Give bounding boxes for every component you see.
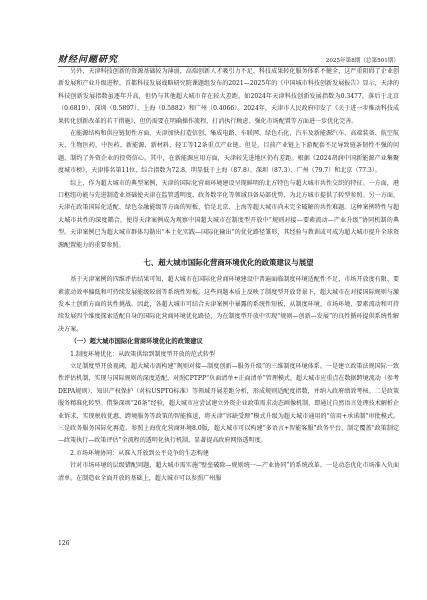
running-header: 财经问题研究 2025年第8期（总第501期） (58, 52, 399, 67)
paragraph: 基于天津案例的四维评估结果可知，超大城市在国际化营商环境建设中普遍面临制度环境适… (58, 274, 399, 336)
section-heading: 七、超大城市国际化营商环境优化的政策建议与展望 (58, 256, 399, 270)
paragraph: 另外，天津科技创新的资源基础较为薄弱，高端创新人才吸引力不足、科技成果转化服务体… (58, 66, 399, 128)
item-heading: 2.市场环境协同：从准入开放到公平竞争的生态构建 (58, 448, 399, 460)
item-heading: 1.制度环境优化：从政策供给到制度型开放的范式转型 (58, 349, 399, 361)
article-body: 另外，天津科技创新的资源基础较为薄弱，高端创新人才吸引力不足、科技成果转化服务体… (58, 66, 399, 485)
page-number: 126 (58, 540, 69, 547)
paragraph: 在能源结构和供应链韧性方面，天津加快打造信创、集成电路、车联网、绿色石化、汽车及… (58, 128, 399, 178)
journal-title: 财经问题研究 (58, 52, 118, 66)
paragraph: 针对市场环境的层级错配问题，超大城市需实施“壁垒破除—规则统一—产业协同”的系统… (58, 460, 399, 485)
paragraph: 立足制度型开放视阈，超大城市需构建“规则对接—制度创新—服务升级”的三维制度环境… (58, 361, 399, 448)
subsection-heading: （一）超大城市国际化营商环境优化的政策建议 (58, 336, 399, 348)
issue-info: 2025年第8期（总第501期） (326, 56, 399, 66)
paragraph: 综上，作为超大城市的典型案例，天津的国际化营商环境建设呈现鲜明的北方特色与超大城… (58, 178, 399, 252)
